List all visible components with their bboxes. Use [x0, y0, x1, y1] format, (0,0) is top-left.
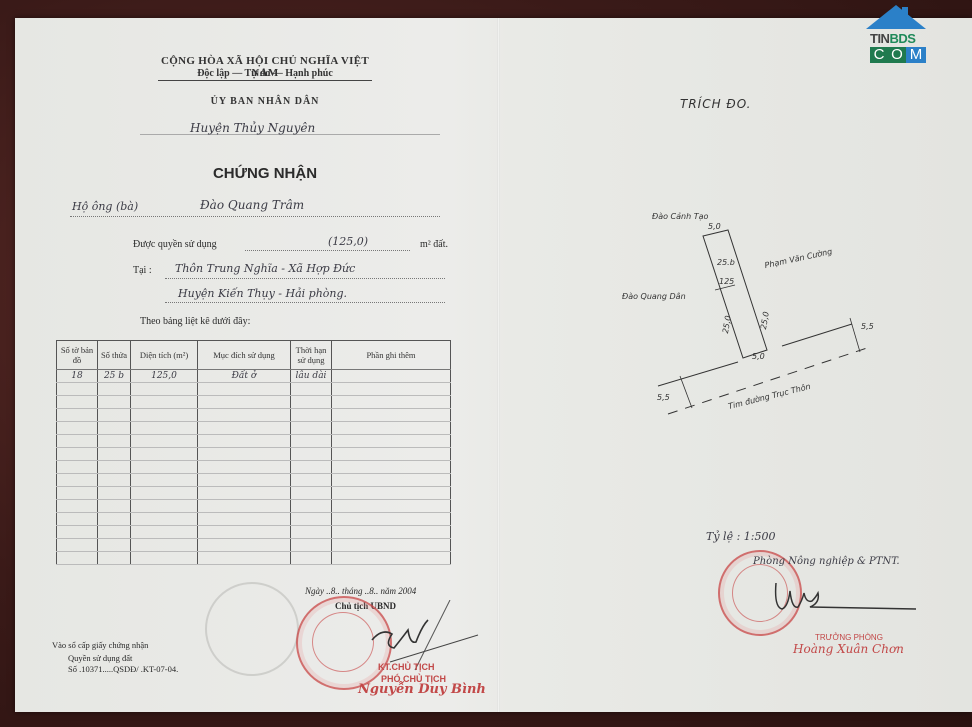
- table-cell-empty: [198, 422, 291, 435]
- table-row-empty: [57, 487, 451, 500]
- registry-line-2: Quyền sử dụng đất: [68, 653, 132, 663]
- table-cell-empty: [131, 539, 198, 552]
- table-cell-empty: [131, 461, 198, 474]
- table-cell-empty: [57, 409, 98, 422]
- table-row-empty: [57, 435, 451, 448]
- table-cell-empty: [291, 461, 332, 474]
- table-cell-empty: [198, 396, 291, 409]
- motto: Độc lập — Tự do — Hạnh phúc: [150, 68, 380, 79]
- cell-area: 125,0: [131, 370, 198, 383]
- table-cell-empty: [98, 409, 131, 422]
- col-notes: Phần ghi thêm: [332, 341, 451, 370]
- table-cell-empty: [98, 448, 131, 461]
- table-cell-empty: [57, 461, 98, 474]
- table-cell-empty: [131, 383, 198, 396]
- table-cell-empty: [57, 422, 98, 435]
- signer-title-right: TRƯỞNG PHÒNG: [815, 633, 883, 642]
- table-cell-empty: [57, 513, 98, 526]
- table-cell-empty: [131, 513, 198, 526]
- table-cell-empty: [291, 513, 332, 526]
- parcel-area: 125: [719, 277, 734, 286]
- table-intro: Theo bảng liệt kê dưới đây:: [140, 316, 250, 327]
- address-line-1-dots: [165, 278, 445, 279]
- signer-name-right: Hoàng Xuân Chơn: [793, 642, 904, 656]
- table-cell-empty: [98, 396, 131, 409]
- department-handwritten: Phòng Nông nghiệp & PTNT.: [753, 556, 900, 567]
- table-row-empty: [57, 448, 451, 461]
- table-cell-empty: [131, 422, 198, 435]
- table-cell-empty: [291, 409, 332, 422]
- table-row-empty: [57, 500, 451, 513]
- setback-right: 5,5: [861, 322, 874, 331]
- parcel-sketch-map: [600, 200, 880, 430]
- table-cell-empty: [198, 435, 291, 448]
- table-cell-empty: [98, 513, 131, 526]
- table-cell-empty: [291, 422, 332, 435]
- neighbor-north: Đào Cảnh Tạo: [652, 212, 708, 221]
- table-cell-empty: [291, 435, 332, 448]
- address-line-2: Huyện Kiến Thụy - Hải phòng.: [178, 287, 347, 300]
- neighbor-west: Đào Quang Dân: [622, 292, 686, 301]
- table-cell-empty: [332, 526, 451, 539]
- signer-name-left: Nguyễn Duy Bình: [358, 682, 486, 697]
- table-row-empty: [57, 526, 451, 539]
- table-cell-empty: [198, 383, 291, 396]
- table-cell-empty: [57, 552, 98, 565]
- table-cell-empty: [98, 461, 131, 474]
- table-row-empty: [57, 474, 451, 487]
- table-cell-empty: [131, 552, 198, 565]
- dim-bottom: 5,0: [752, 352, 765, 361]
- table-cell-empty: [198, 500, 291, 513]
- table-cell-empty: [57, 487, 98, 500]
- table-cell-empty: [332, 539, 451, 552]
- table-cell-empty: [291, 383, 332, 396]
- table-cell-empty: [131, 526, 198, 539]
- table-row-empty: [57, 409, 451, 422]
- table-cell-empty: [198, 539, 291, 552]
- table-cell-empty: [291, 448, 332, 461]
- col-parcel: Số thửa: [98, 341, 131, 370]
- table-cell-empty: [98, 552, 131, 565]
- area-dots: [245, 250, 410, 251]
- registry-number: Số .10371.....QSDĐ/ .KT-07-04.: [68, 664, 178, 674]
- header-rule: [158, 80, 372, 81]
- owner-prefix: Hộ ông (bà): [72, 200, 138, 213]
- col-area: Diện tích (m²): [131, 341, 198, 370]
- on-behalf-label: KT.CHỦ TỊCH: [378, 662, 435, 672]
- table-cell-empty: [291, 487, 332, 500]
- table-cell-empty: [198, 552, 291, 565]
- cell-notes: [332, 370, 451, 383]
- table-cell-empty: [332, 396, 451, 409]
- table-row-empty: [57, 396, 451, 409]
- table-row-empty: [57, 383, 451, 396]
- logo-text-top: TINBDS: [870, 31, 915, 46]
- col-purpose: Mục đích sử dụng: [198, 341, 291, 370]
- table-cell-empty: [332, 409, 451, 422]
- table-cell-empty: [332, 461, 451, 474]
- table-cell-empty: [291, 539, 332, 552]
- table-cell-empty: [131, 474, 198, 487]
- table-cell-empty: [332, 513, 451, 526]
- table-cell-empty: [57, 539, 98, 552]
- land-table: Số tờ bản đồ Số thửa Diện tích (m²) Mục …: [56, 340, 451, 565]
- address-line-1: Thôn Trung Nghĩa - Xã Hợp Đức: [175, 262, 355, 275]
- table-cell-empty: [291, 474, 332, 487]
- table-cell-empty: [131, 396, 198, 409]
- table-cell-empty: [57, 396, 98, 409]
- table-cell-empty: [98, 500, 131, 513]
- table-header-row: Số tờ bản đồ Số thửa Diện tích (m²) Mục …: [57, 341, 451, 370]
- table-row-empty: [57, 461, 451, 474]
- address-line-2-dots: [165, 302, 445, 303]
- table-cell-empty: [98, 422, 131, 435]
- logo-text-bottom: COM: [870, 47, 926, 63]
- table-cell-empty: [291, 552, 332, 565]
- table-row-empty: [57, 422, 451, 435]
- table-row-empty: [57, 552, 451, 565]
- location-label: Tại :: [133, 265, 152, 276]
- table-row: 18 25 b 125,0 Đất ở lâu dài: [57, 370, 451, 383]
- table-cell-empty: [291, 526, 332, 539]
- authority-title: ỦY BAN NHÂN DÂN: [150, 96, 380, 107]
- cell-parcel: 25 b: [98, 370, 131, 383]
- area-value: (125,0): [328, 235, 368, 248]
- table-cell-empty: [57, 448, 98, 461]
- table-cell-empty: [57, 383, 98, 396]
- table-cell-empty: [198, 474, 291, 487]
- area-unit: m² đất.: [420, 239, 448, 250]
- table-cell-empty: [198, 461, 291, 474]
- table-cell-empty: [332, 500, 451, 513]
- col-map-sheet: Số tờ bản đồ: [57, 341, 98, 370]
- table-cell-empty: [98, 383, 131, 396]
- registry-line-1: Vào sổ cấp giấy chứng nhận: [52, 640, 148, 650]
- table-cell-empty: [57, 500, 98, 513]
- table-cell-empty: [198, 487, 291, 500]
- issue-date: Ngày ..8.. tháng ..8.. năm 2004: [305, 586, 416, 596]
- embossed-seal: [205, 582, 299, 676]
- table-row-empty: [57, 539, 451, 552]
- table-cell-empty: [98, 539, 131, 552]
- table-cell-empty: [198, 448, 291, 461]
- area-label: Được quyền sử dụng: [133, 239, 217, 250]
- table-cell-empty: [198, 513, 291, 526]
- table-cell-empty: [332, 435, 451, 448]
- cell-map-sheet: 18: [57, 370, 98, 383]
- survey-extract-heading: TRÍCH ĐO.: [680, 97, 752, 111]
- tinbds-logo: TINBDS COM: [866, 5, 926, 63]
- table-cell-empty: [98, 487, 131, 500]
- owner-name: Đào Quang Trâm: [200, 198, 304, 212]
- table-cell-empty: [131, 435, 198, 448]
- table-cell-empty: [131, 409, 198, 422]
- table-cell-empty: [98, 435, 131, 448]
- page-fold: [497, 18, 500, 712]
- table-cell-empty: [57, 526, 98, 539]
- table-cell-empty: [332, 487, 451, 500]
- table-cell-empty: [332, 422, 451, 435]
- parcel-number: 25.b: [717, 258, 735, 267]
- table-cell-empty: [98, 526, 131, 539]
- cell-duration: lâu dài: [291, 370, 332, 383]
- signature-right: [770, 575, 920, 625]
- setback-left: 5,5: [657, 393, 670, 402]
- table-row-empty: [57, 513, 451, 526]
- table-cell-empty: [198, 526, 291, 539]
- dim-top: 5,0: [708, 222, 721, 231]
- certificate-title: CHỨNG NHẬN: [150, 165, 380, 182]
- table-cell-empty: [291, 500, 332, 513]
- map-scale: Tỷ lệ : 1:500: [706, 530, 775, 543]
- table-cell-empty: [98, 474, 131, 487]
- table-cell-empty: [332, 448, 451, 461]
- table-cell-empty: [332, 383, 451, 396]
- table-cell-empty: [198, 409, 291, 422]
- table-cell-empty: [131, 500, 198, 513]
- table-cell-empty: [291, 396, 332, 409]
- table-cell-empty: [57, 474, 98, 487]
- house-roof-icon: [866, 5, 926, 29]
- col-duration: Thời hạn sử dụng: [291, 341, 332, 370]
- cell-purpose: Đất ở: [198, 370, 291, 383]
- table-cell-empty: [131, 487, 198, 500]
- district-handwritten: Huyện Thủy Nguyên: [190, 121, 315, 135]
- table-cell-empty: [332, 474, 451, 487]
- table-cell-empty: [131, 448, 198, 461]
- table-cell-empty: [57, 435, 98, 448]
- table-cell-empty: [332, 552, 451, 565]
